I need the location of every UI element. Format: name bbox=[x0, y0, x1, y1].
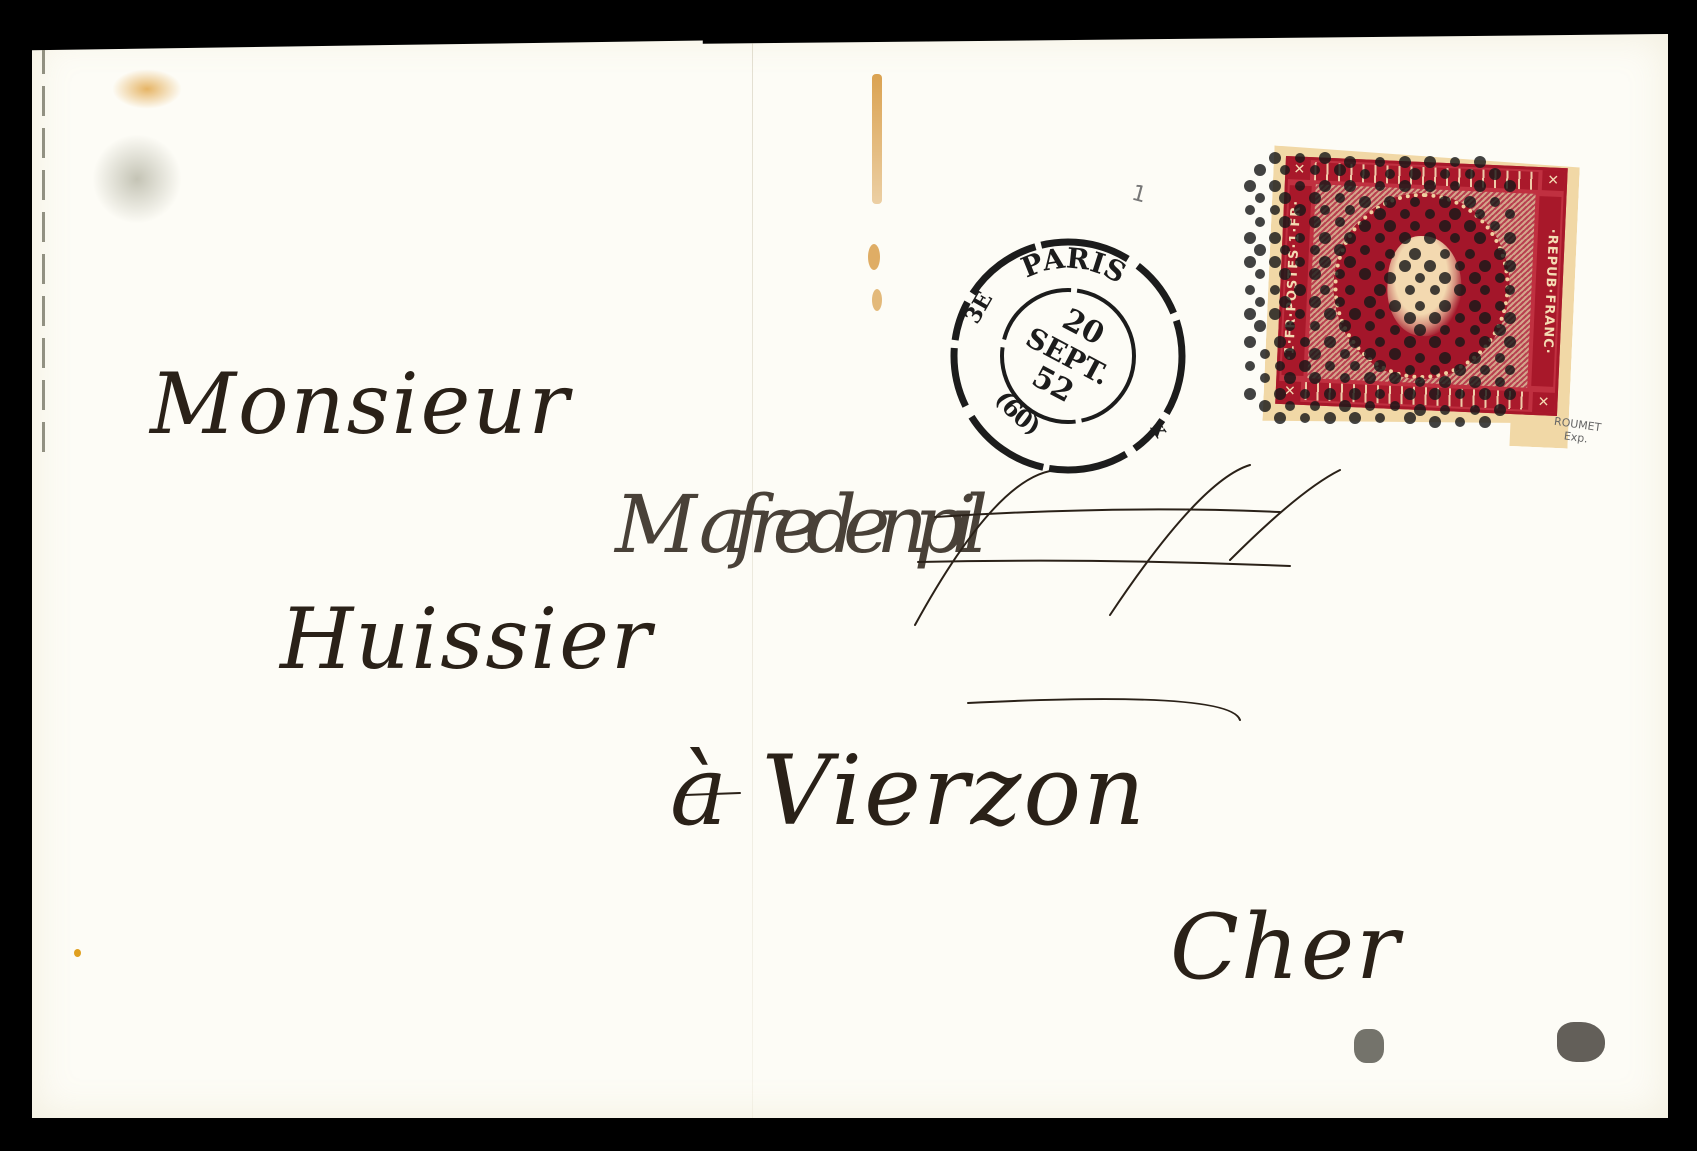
dotted-cancel bbox=[0, 0, 1697, 1151]
